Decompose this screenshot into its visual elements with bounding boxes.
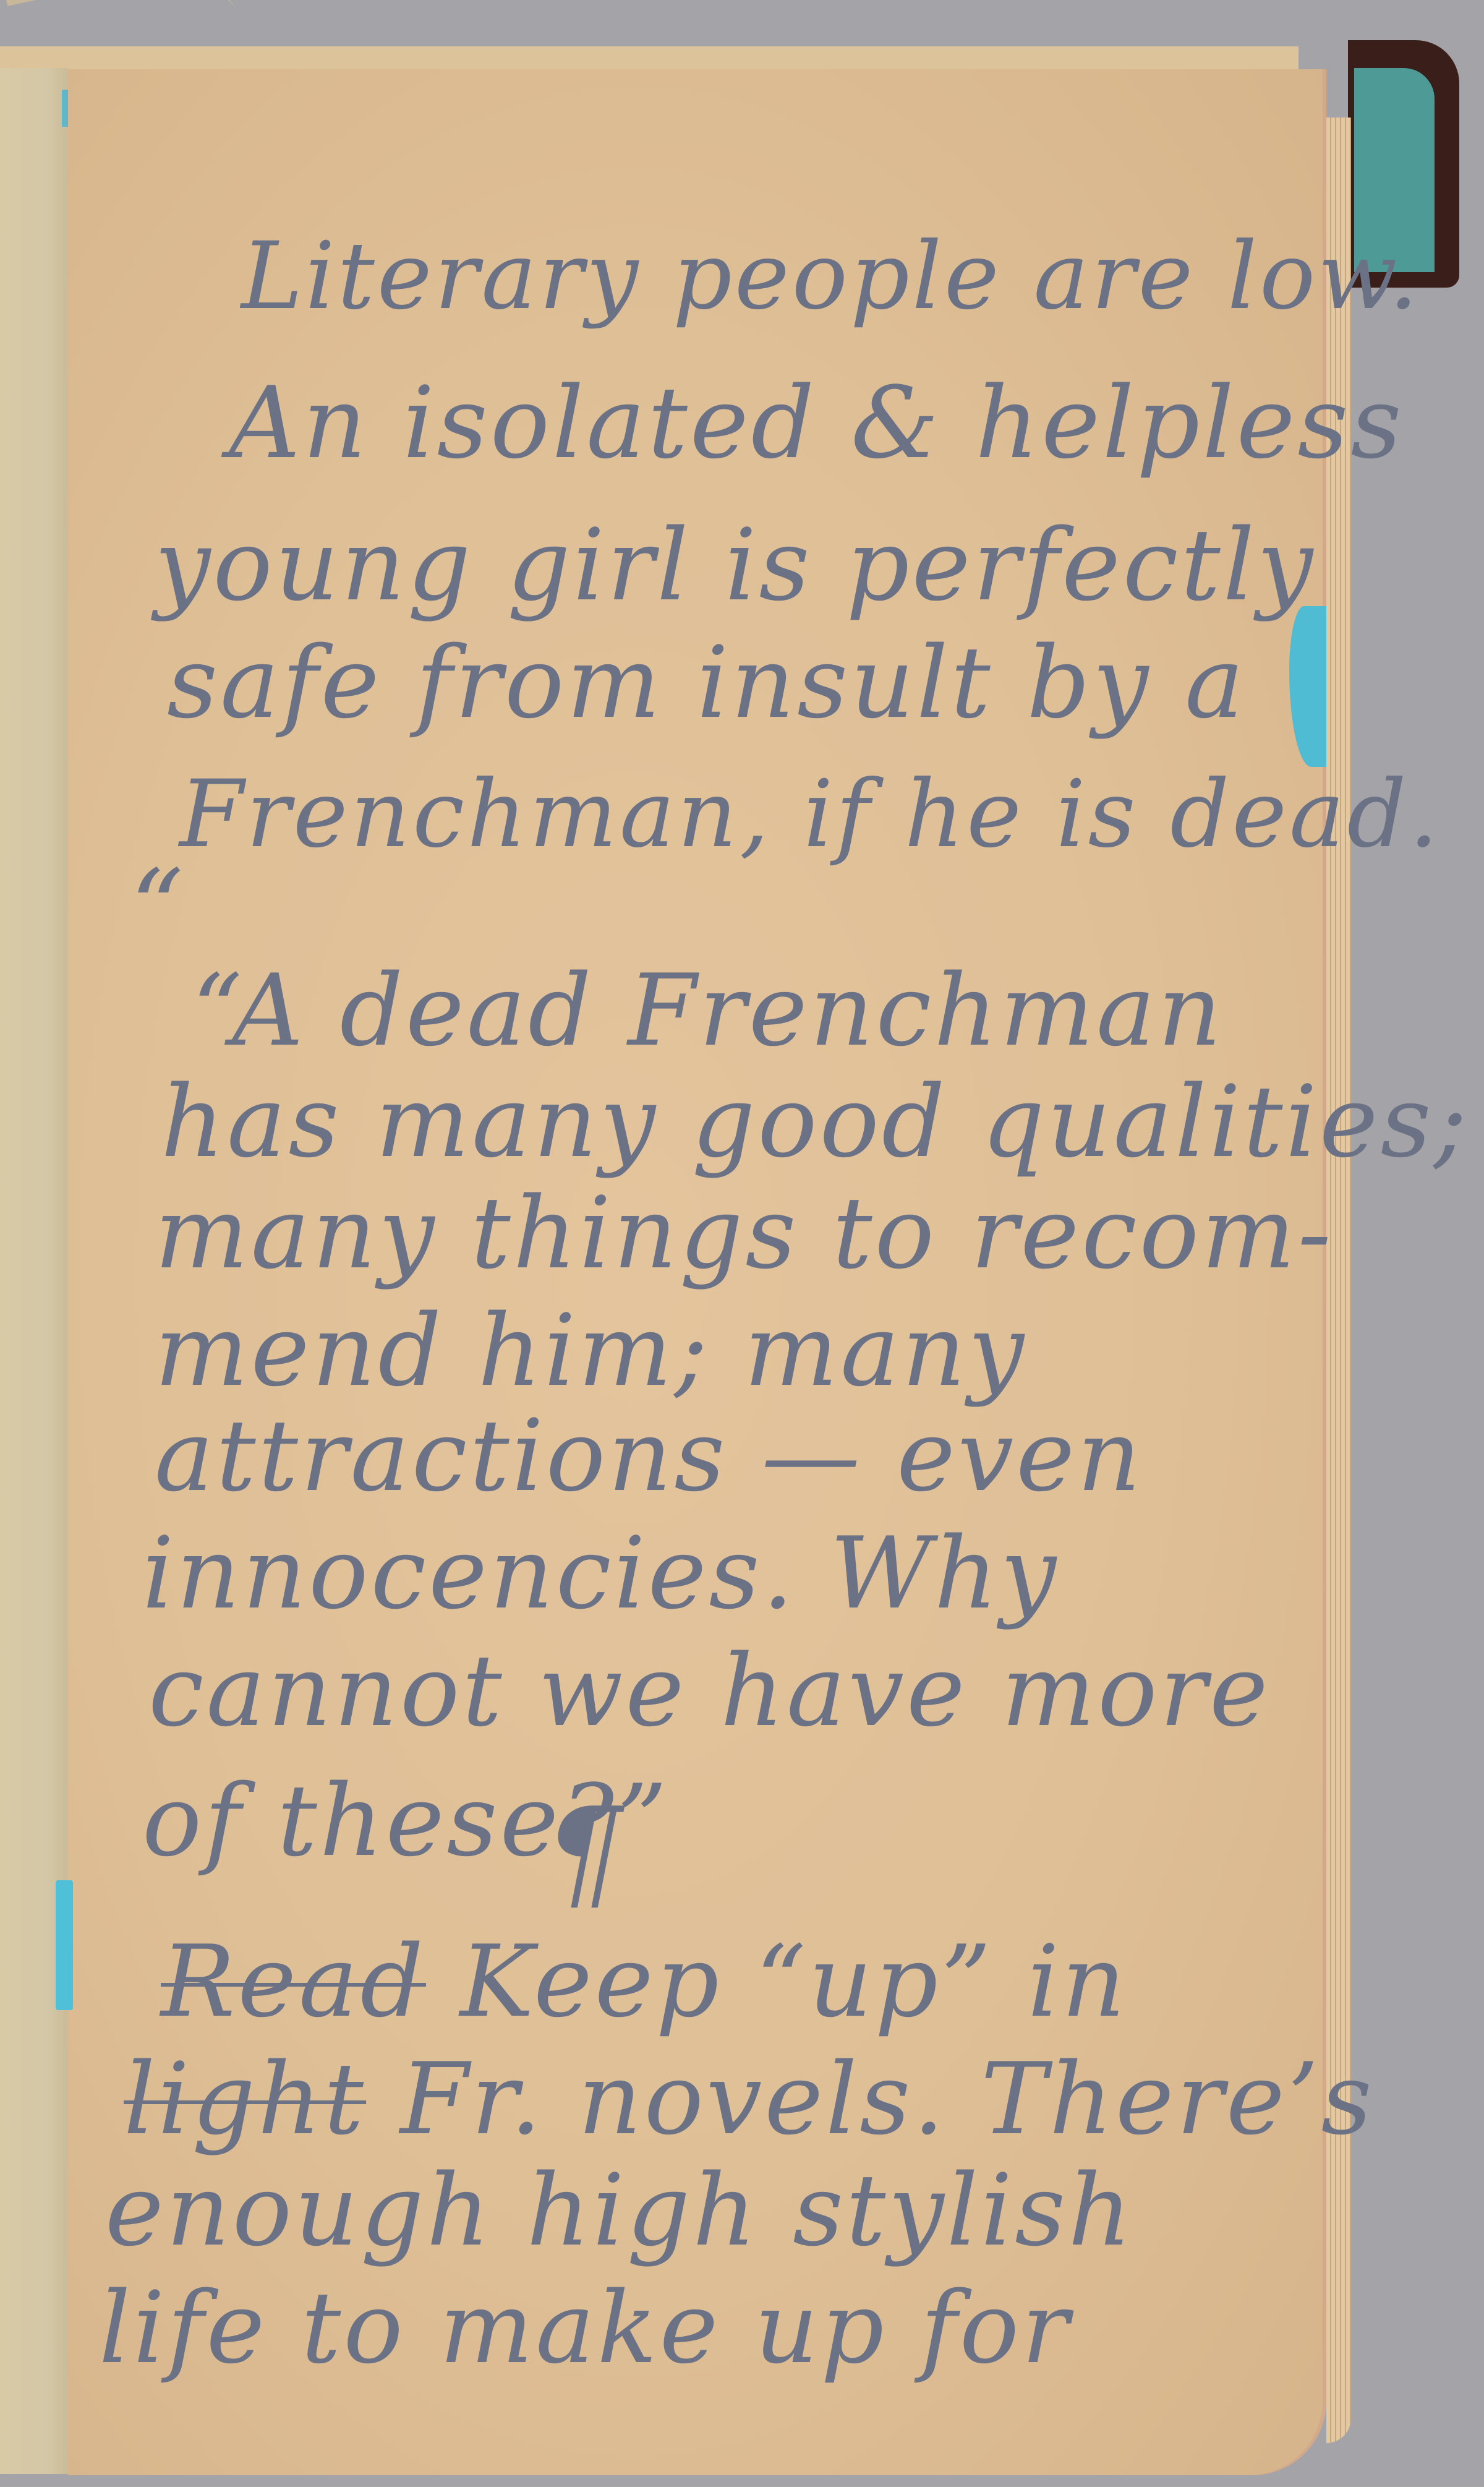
- line-4: safe from insult by a: [167, 625, 1247, 740]
- struck-word: light: [124, 2041, 366, 2157]
- line-10: attractions — even: [155, 1398, 1143, 1513]
- line-8: many things to recom-: [155, 1175, 1334, 1291]
- line-3: young girl is perfectly: [155, 507, 1315, 623]
- line-17: life to make up for: [99, 2270, 1072, 2386]
- line-9: mend him; many: [155, 1293, 1026, 1408]
- line-text: Keep “up” in: [460, 1924, 1128, 2039]
- line-text: Fr. novels. There’s: [400, 2041, 1375, 2157]
- line-14: Read Keep “up” in: [161, 1924, 1128, 2039]
- line-6: “A dead Frenchman: [192, 952, 1224, 1068]
- line-11: innocencies. Why: [142, 1515, 1059, 1631]
- handwritten-text: Literary people are low. An isolated & h…: [0, 0, 1484, 2487]
- paragraph-mark: ¶: [544, 1781, 623, 1925]
- line-15: light Fr. novels. There’s: [124, 2041, 1375, 2157]
- opening-quote-mark: “: [130, 847, 184, 970]
- struck-word: Read: [161, 1924, 426, 2039]
- line-2: An isolated & helpless: [229, 365, 1404, 481]
- line-5: Frenchman, if he is dead.: [179, 761, 1441, 868]
- line-12: cannot we have more: [148, 1633, 1271, 1749]
- line-7: has many good qualities;: [161, 1064, 1470, 1179]
- line-16: enough high stylish: [105, 2152, 1134, 2268]
- line-1: Literary people are low.: [241, 223, 1421, 330]
